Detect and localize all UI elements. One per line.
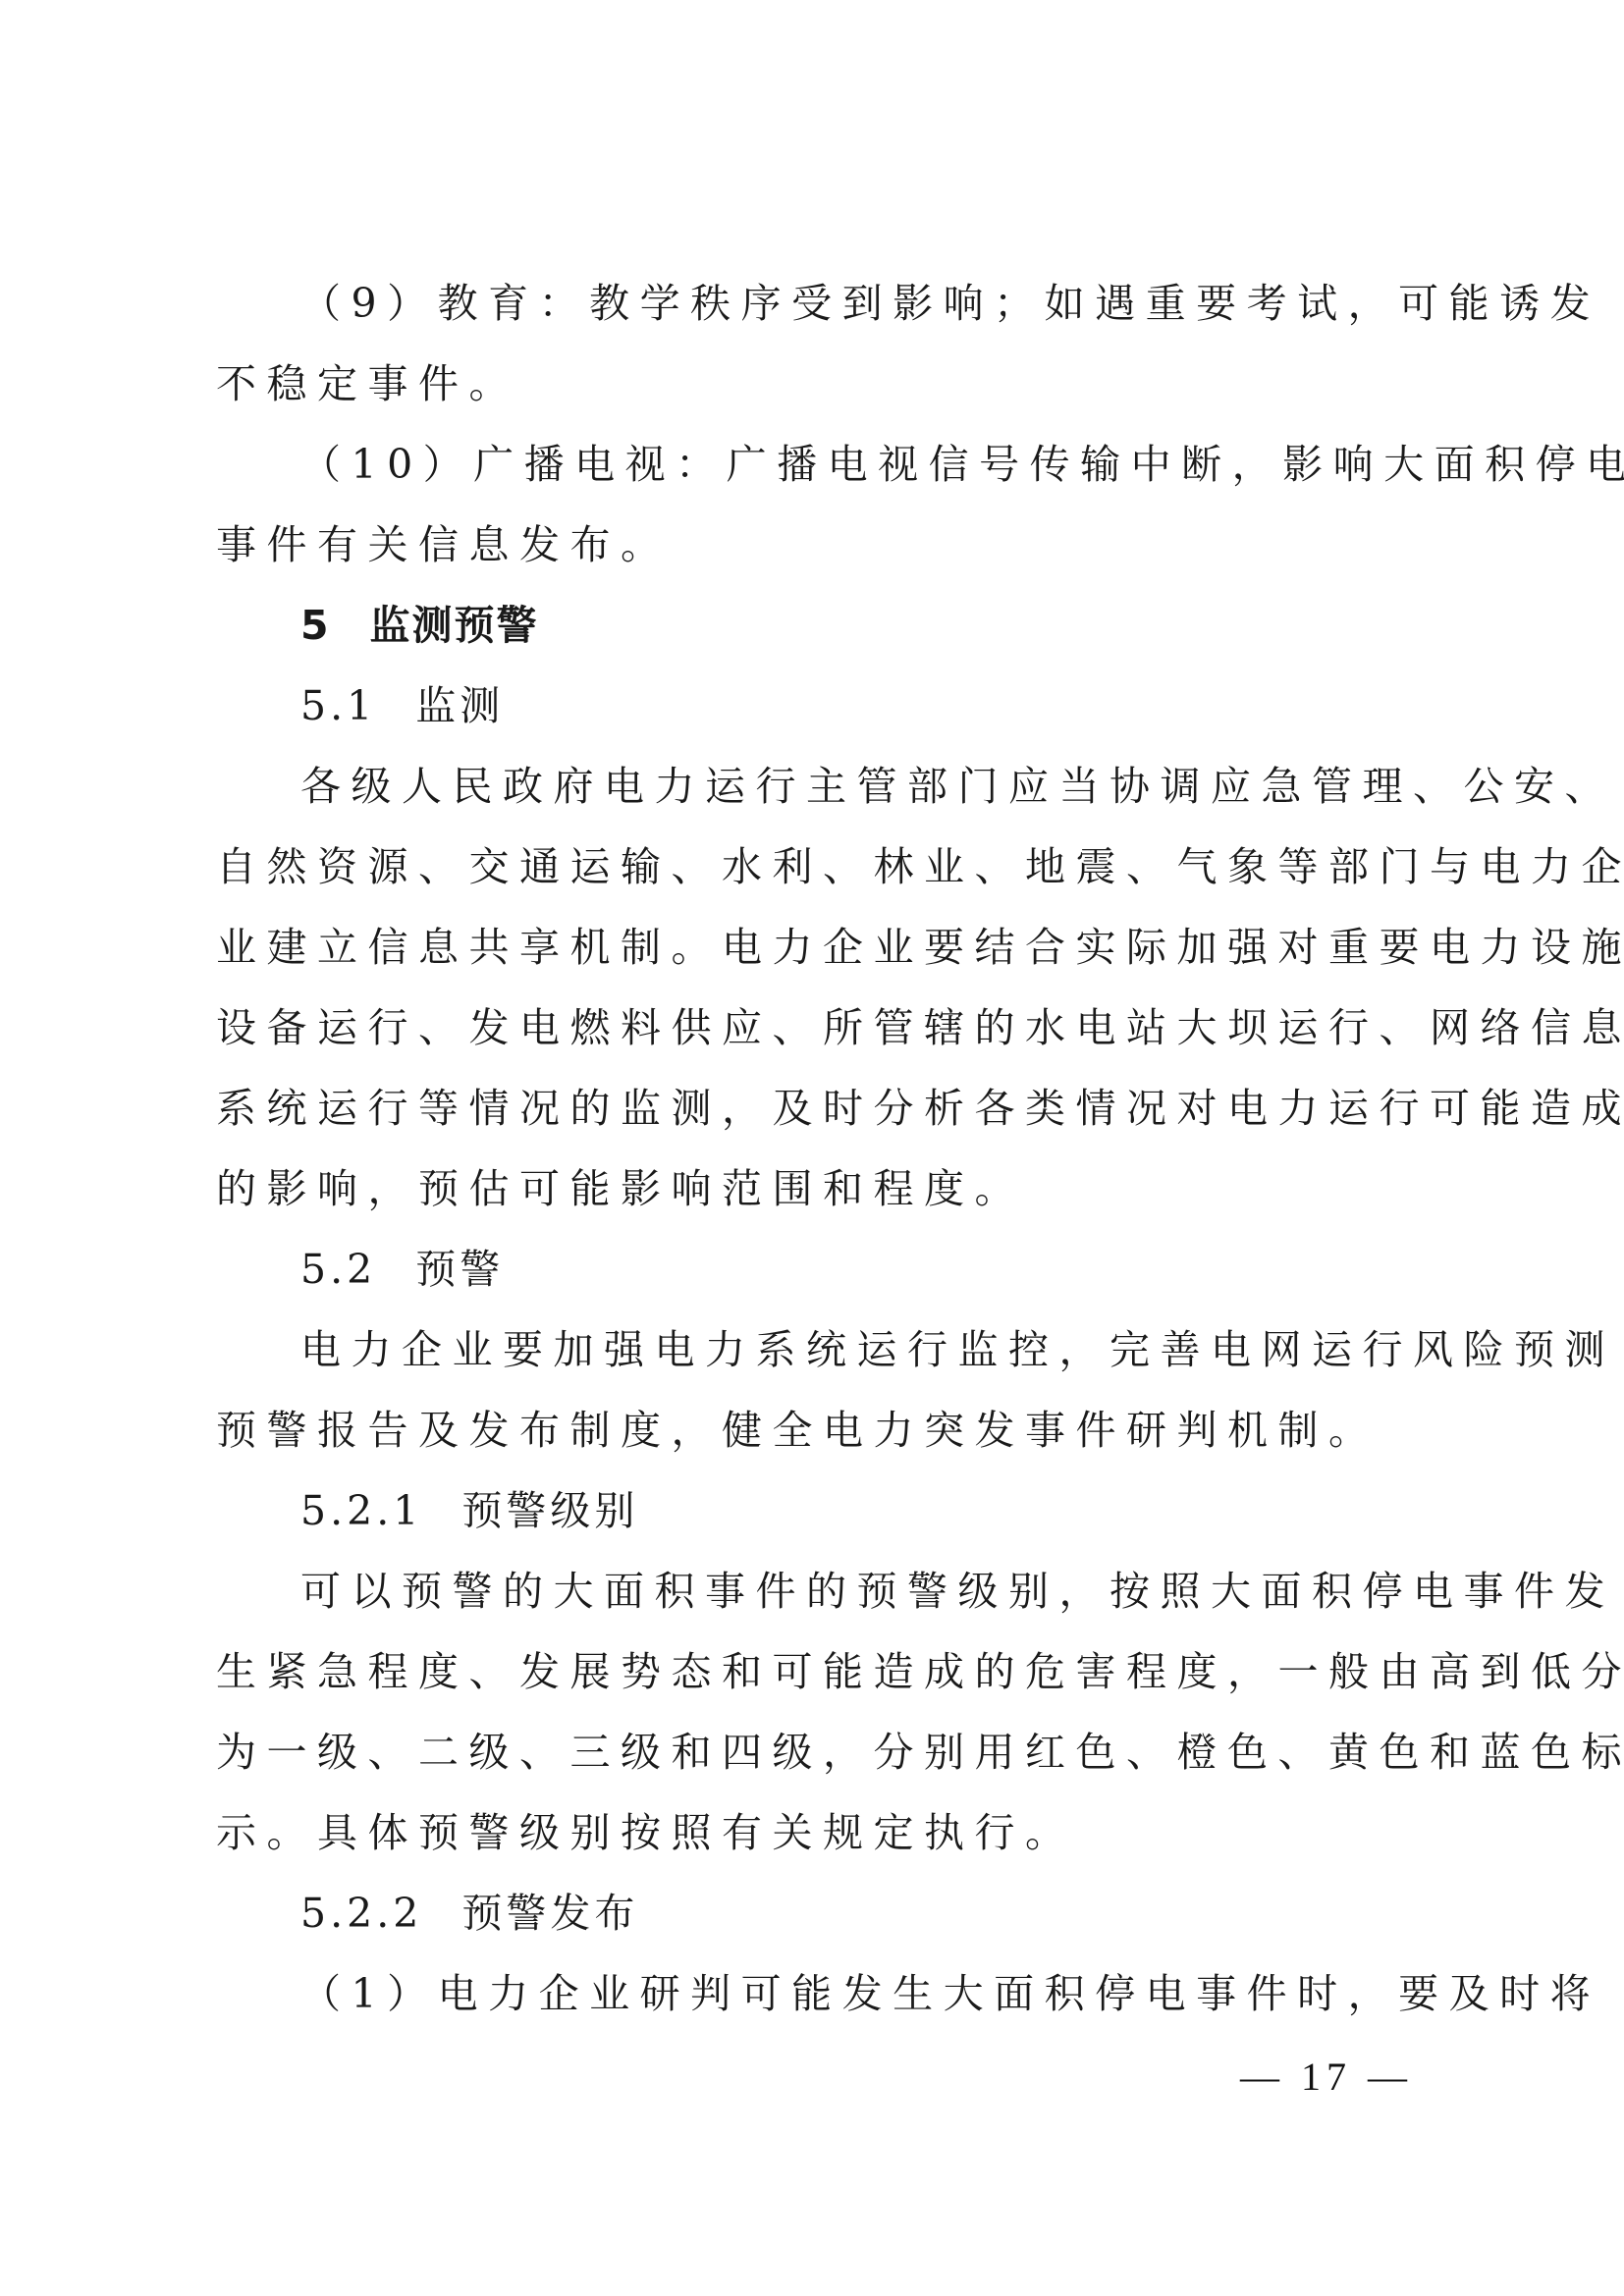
paragraph-line: （9）教育：教学秩序受到影响；如遇重要考试，可能诱发	[216, 263, 1419, 344]
paragraph-line: 不稳定事件。	[216, 344, 1419, 424]
paragraph-line: 预警报告及发布制度，健全电力突发事件研判机制。	[216, 1390, 1419, 1470]
paragraph-line: 可以预警的大面积事件的预警级别，按照大面积停电事件发	[216, 1551, 1419, 1631]
document-page: （9）教育：教学秩序受到影响；如遇重要考试，可能诱发 不稳定事件。 （10）广播…	[0, 0, 1624, 2296]
paragraph-line: 电力企业要加强电力系统运行监控，完善电网运行风险预测	[216, 1309, 1419, 1390]
subsubsection-title: 预警级别	[461, 1487, 638, 1534]
paragraph-line: 事件有关信息发布。	[216, 505, 1419, 585]
paragraph-line: 的影响，预估可能影响范围和程度。	[216, 1148, 1419, 1229]
paragraph-line: 生紧急程度、发展势态和可能造成的危害程度，一般由高到低分	[216, 1631, 1419, 1712]
paragraph-line: （10）广播电视：广播电视信号传输中断，影响大面积停电	[216, 424, 1419, 505]
subsection-number: 5.1	[300, 682, 376, 729]
paragraph-line: 设备运行、发电燃料供应、所管辖的水电站大坝运行、网络信息	[216, 988, 1419, 1068]
subsection-heading: 5.1监测	[216, 666, 1419, 746]
paragraph-line: 业建立信息共享机制。电力企业要结合实际加强对重要电力设施	[216, 907, 1419, 988]
paragraph-line: （1）电力企业研判可能发生大面积停电事件时，要及时将	[216, 1953, 1419, 2034]
paragraph-line: 各级人民政府电力运行主管部门应当协调应急管理、公安、	[216, 746, 1419, 827]
subsection-title: 监测	[415, 682, 504, 729]
subsection-title: 预警	[415, 1246, 504, 1293]
subsection-number: 5.2	[300, 1246, 376, 1293]
section-number: 5	[300, 602, 331, 649]
subsubsection-heading: 5.2.2预警发布	[216, 1873, 1419, 1953]
document-body: （9）教育：教学秩序受到影响；如遇重要考试，可能诱发 不稳定事件。 （10）广播…	[216, 263, 1419, 2034]
paragraph-line: 自然资源、交通运输、水利、林业、地震、气象等部门与电力企	[216, 827, 1419, 907]
page-number: — 17 —	[1240, 2054, 1413, 2100]
subsubsection-title: 预警发布	[461, 1890, 638, 1937]
subsubsection-number: 5.2.1	[300, 1487, 422, 1534]
paragraph-line: 系统运行等情况的监测，及时分析各类情况对电力运行可能造成	[216, 1068, 1419, 1148]
subsubsection-number: 5.2.2	[300, 1890, 422, 1937]
subsection-heading: 5.2预警	[216, 1229, 1419, 1309]
paragraph-line: 示。具体预警级别按照有关规定执行。	[216, 1792, 1419, 1873]
section-title: 监测预警	[370, 602, 539, 649]
paragraph-line: 为一级、二级、三级和四级，分别用红色、橙色、黄色和蓝色标	[216, 1712, 1419, 1792]
subsubsection-heading: 5.2.1预警级别	[216, 1470, 1419, 1551]
section-heading: 5监测预警	[216, 585, 1419, 666]
